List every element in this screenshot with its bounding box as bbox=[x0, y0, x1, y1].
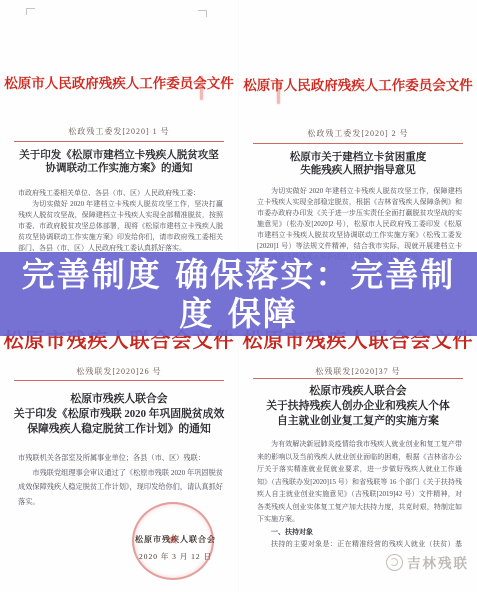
red-divider bbox=[14, 380, 224, 381]
doc-paragraph: 扶持的主要对象是：正在精准经营的残疾人就业（扶贫）基地、孵化基地、残疾人创办企业… bbox=[257, 538, 462, 550]
doc-title-line: 松原市关于建档立卡贫困重度 bbox=[245, 151, 471, 164]
red-margin-mark bbox=[277, 80, 280, 104]
doc-number: 松政残工委发[2020] 1 号 bbox=[0, 126, 238, 137]
doc-number: 松残联发[2020]37 号 bbox=[239, 366, 477, 377]
doc-title-line: 关于印发《松原市残联 2020 年巩固脱贫成效 bbox=[6, 407, 232, 422]
doc-paragraph: 市残联党组理事会审议通过了《松原市残联 2020 年巩固脱贫成效保障残疾人稳定脱… bbox=[18, 466, 223, 510]
doc-title-line: 关于印发《松原市建档立卡残疾人脱贫攻坚 bbox=[6, 149, 232, 162]
doc-title-line: 协调联动工作实施方案》的通知 bbox=[6, 162, 232, 175]
red-divider bbox=[14, 141, 224, 142]
doc-title: 松原市残疾人联合会 关于印发《松原市残联 2020 年巩固脱贫成效 保障残疾人稳… bbox=[6, 392, 232, 437]
doc-title: 松原市关于建档立卡贫困重度 失能残疾人照护指导意见 bbox=[245, 151, 471, 177]
caption-text: 完善制度 确保落实：完善制度 保障 bbox=[8, 255, 469, 333]
red-divider bbox=[253, 378, 463, 379]
document-bottom-left: 松原市残疾人联合会文件 松残联发[2020]26 号 松原市残疾人联合会 关于印… bbox=[0, 296, 238, 592]
jilin-canlian-logo-icon bbox=[386, 554, 403, 571]
doc-paragraph: 为有效解决新冠肺炎疫情给我市残疾人就业创业和复工复产带来的影响以及当前残疾人就业… bbox=[257, 438, 462, 526]
doc-salutation: 市政府残工委相关单位、各县（市、区）人民政府残工委： bbox=[18, 188, 223, 199]
seal-star-icon: ★ bbox=[134, 530, 212, 549]
red-margin-mark bbox=[200, 76, 203, 100]
doc-title-line: 失能残疾人照护指导意见 bbox=[245, 164, 471, 177]
watermark-label: 吉林残联 bbox=[407, 552, 469, 572]
jilin-canlian-watermark: 吉林残联 bbox=[386, 552, 469, 572]
doc-title-line: 保障残疾人稳定脱贫工作计划》的通知 bbox=[6, 422, 232, 437]
doc-body: 为有效解决新冠肺炎疫情给我市残疾人就业创业和复工复产带来的影响以及当前残疾人就业… bbox=[257, 438, 462, 550]
doc-title-line: 松原市残疾人联合会 bbox=[6, 392, 232, 407]
caption-banner: 完善制度 确保落实：完善制度 保障 bbox=[0, 252, 477, 336]
doc-number: 松政残工委发[2020] 2 号 bbox=[239, 128, 477, 139]
document-collage: 松原市人民政府残疾人工作委员会文件 松政残工委发[2020] 1 号 关于印发《… bbox=[0, 0, 477, 592]
doc-title-line: 关于扶持残疾人创办企业和残疾人个体 bbox=[245, 399, 471, 414]
official-red-seal: ★ bbox=[132, 502, 214, 580]
document-bottom-right: 松原市残疾人联合会文件 松残联发[2020]37 号 松原市残疾人联合会 关于扶… bbox=[239, 296, 477, 592]
doc-title: 关于印发《松原市建档立卡残疾人脱贫攻坚 协调联动工作实施方案》的通知 bbox=[6, 149, 232, 175]
doc-red-header: 松原市人民政府残疾人工作委员会文件 bbox=[239, 74, 477, 94]
doc-title: 松原市残疾人联合会 关于扶持残疾人创办企业和残疾人个体 自主就业创业复工复产的实… bbox=[245, 384, 471, 429]
red-divider bbox=[253, 143, 463, 144]
doc-title-line: 松原市残疾人联合会 bbox=[245, 384, 471, 399]
doc-section-heading: 一、扶持对象 bbox=[257, 526, 462, 539]
scan-crop-mark bbox=[198, 10, 207, 17]
doc-title-line: 自主就业创业复工复产的实施方案 bbox=[245, 414, 471, 429]
doc-number: 松残联发[2020]26 号 bbox=[0, 366, 238, 377]
scan-crop-mark bbox=[26, 8, 35, 15]
doc-salutation: 市残联机关各部室及所属事业单位；各县（市、区）残联： bbox=[18, 451, 223, 466]
doc-paragraph: 为切实做好 2020 年建档立卡残疾人脱贫攻坚工作，坚决打赢残疾人脱贫攻坚战，保… bbox=[18, 199, 223, 254]
